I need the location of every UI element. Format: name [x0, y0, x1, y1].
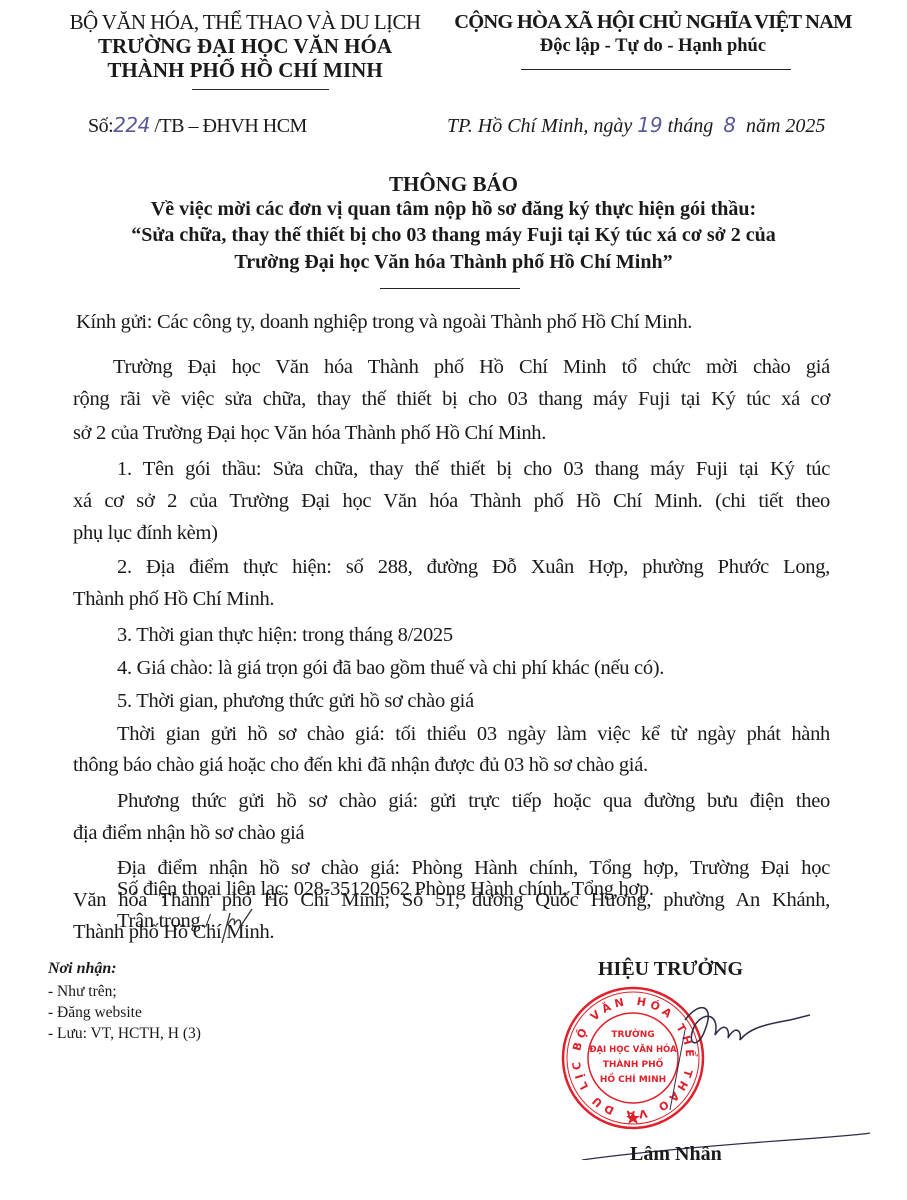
document-date: TP. Hồ Chí Minh, ngày 19 tháng 8 năm 202…: [447, 113, 825, 138]
intro-line1: Trường Đại học Văn hóa Thành phố Hồ Chí …: [113, 356, 830, 379]
doc-number-prefix: Số:: [88, 115, 113, 137]
national-header: CỘNG HÒA XÃ HỘI CHỦ NGHĨA VIỆT NAM Độc l…: [438, 10, 868, 58]
date-day-handwritten: 19: [637, 113, 662, 137]
recipient-item: - Đăng website: [48, 1004, 142, 1022]
item1-line1: 1. Tên gói thầu: Sửa chữa, thay thế thiế…: [117, 458, 830, 481]
method-line1: Phương thức gửi hồ sơ chào giá: gửi trực…: [117, 790, 830, 813]
handwritten-signature: [560, 980, 870, 1160]
time-line2: thông báo chào giá hoặc cho đến khi đã n…: [73, 754, 648, 777]
date-month-label: tháng: [668, 115, 714, 137]
location-line1: Địa điểm nhận hồ sơ chào giá: Phòng Hành…: [117, 857, 830, 880]
doc-number-handwritten: 224: [113, 113, 150, 137]
national-motto: Độc lập - Tự do - Hạnh phúc: [438, 34, 868, 58]
date-month-handwritten: 8: [723, 113, 736, 137]
notice-subject-line2: “Sửa chữa, thay thế thiết bị cho 03 than…: [0, 224, 907, 247]
initials-mark: [218, 905, 258, 945]
item2-line2: Thành phố Hồ Chí Minh.: [73, 588, 274, 611]
item1-line2: xá cơ sở 2 của Trường Đại học Văn hóa Th…: [73, 490, 830, 513]
recipient-item: - Lưu: VT, HCTH, H (3): [48, 1025, 201, 1043]
signer-title: HIỆU TRƯỞNG: [598, 958, 743, 981]
motto-underline: [521, 69, 791, 70]
recipients-heading: Nơi nhận:: [48, 960, 117, 978]
country-name: CỘNG HÒA XÃ HỘI CHỦ NGHĨA VIỆT NAM: [438, 10, 868, 34]
intro-line3: sở 2 của Trường Đại học Văn hóa Thành ph…: [73, 422, 546, 445]
method-line2: địa điểm nhận hồ sơ chào giá: [73, 822, 304, 845]
item5: 5. Thời gian, phương thức gửi hồ sơ chào…: [117, 690, 474, 713]
item1-line3: phụ lục đính kèm): [73, 522, 218, 545]
recipient-item: - Như trên;: [48, 983, 117, 1001]
issuing-agency: BỘ VĂN HÓA, THỂ THAO VÀ DU LỊCH TRƯỜNG Đ…: [40, 10, 450, 82]
item3: 3. Thời gian thực hiện: trong tháng 8/20…: [117, 624, 453, 647]
doc-number-suffix: /TB – ĐHVH HCM: [154, 115, 306, 137]
item4: 4. Giá chào: là giá trọn gói đã bao gồm …: [117, 657, 664, 680]
date-place: TP. Hồ Chí Minh, ngày: [447, 115, 632, 137]
document-number: Số:224 /TB – ĐHVH HCM: [88, 113, 307, 138]
school-name-line1: TRƯỜNG ĐẠI HỌC VĂN HÓA: [40, 34, 450, 58]
title-underline: [380, 288, 520, 289]
closing: Trân trọng./.: [117, 910, 215, 933]
contact-phone: Số điện thoại liên lạc: 028-35120562 Phò…: [117, 878, 654, 901]
signer-name: Lâm Nhân: [630, 1143, 722, 1166]
school-name-line2: THÀNH PHỐ HỒ CHÍ MINH: [40, 58, 450, 82]
intro-line2: rộng rãi về việc sửa chữa, thay thế thiế…: [73, 388, 830, 411]
item2-line1: 2. Địa điểm thực hiện: số 288, đường Đỗ …: [117, 556, 830, 579]
date-year: năm 2025: [746, 115, 825, 137]
notice-heading: THÔNG BÁO: [0, 172, 907, 197]
ministry-name: BỘ VĂN HÓA, THỂ THAO VÀ DU LỊCH: [40, 10, 450, 34]
notice-subject-line3: Trường Đại học Văn hóa Thành phố Hồ Chí …: [0, 251, 907, 274]
salutation: Kính gửi: Các công ty, doanh nghiệp tron…: [76, 311, 692, 334]
agency-underline: [192, 89, 329, 90]
notice-subject-line1: Về việc mời các đơn vị quan tâm nộp hồ s…: [0, 198, 907, 221]
time-line1: Thời gian gửi hồ sơ chào giá: tối thiểu …: [117, 723, 830, 746]
